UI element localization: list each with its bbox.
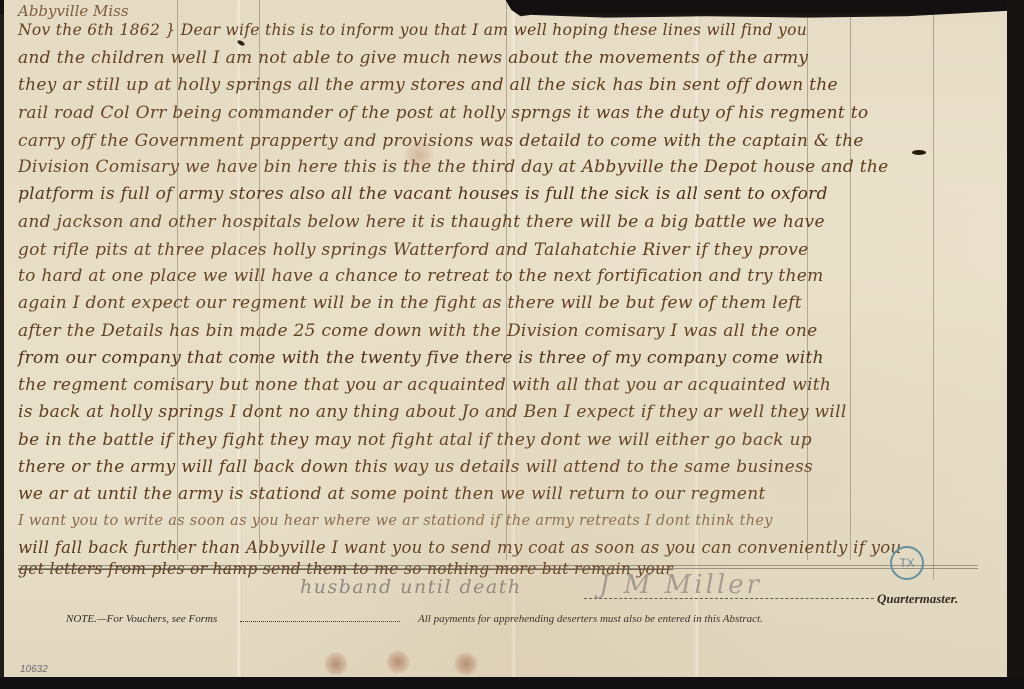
letter-line: to hard at one place we will have a chan… [18, 266, 824, 286]
water-stain [404, 140, 434, 170]
scan-frame-right [1007, 0, 1024, 689]
letter-line: is back at holly springs I dont no any t… [18, 402, 847, 422]
letter-line: will fall back further than Abbyville I … [18, 538, 901, 557]
letter-line: and jackson and other hospitals below he… [18, 212, 825, 232]
catalog-number: 10632 [20, 664, 48, 675]
letter-line: and the children well I am not able to g… [18, 48, 808, 68]
tx-stamp-icon: TX [890, 546, 924, 580]
letter-line: again I dont expect our regment will be … [18, 293, 802, 313]
rust-stain [324, 652, 348, 676]
rust-stain [454, 652, 478, 676]
letter-line: there or the army will fall back down th… [18, 457, 813, 477]
letter-line: Nov the 6th 1862 } Dear wife this is to … [18, 21, 807, 39]
signature: J M Miller [599, 570, 762, 600]
letter-line: they ar still up at holly springs all th… [18, 75, 838, 95]
rust-stain [386, 650, 410, 674]
letter-line: got rifle pits at three places holly spr… [18, 240, 808, 260]
ink-blot [912, 150, 926, 155]
form-note-vouchers: NOTE.—For Vouchers, see Forms [66, 613, 217, 625]
dotted-leader [240, 621, 400, 622]
letter-line: after the Details has bin made 25 come d… [18, 321, 817, 341]
letter-line: I want you to write as soon as you hear … [18, 513, 773, 529]
ruled-column-line [850, 0, 851, 560]
letter-closing: husband until death [300, 576, 522, 598]
letter-line: Division Comisary we have bin here this … [18, 157, 888, 177]
letter-paper: Abbyville Miss Nov the 6th 1862 } Dear w… [4, 0, 1007, 677]
letter-line: carry off the Government prapperty and p… [18, 131, 864, 151]
letter-line: the regment comisary but none that you a… [18, 375, 831, 395]
letter-line: we ar at until the army is stationd at s… [18, 484, 766, 504]
scan-frame-left [0, 0, 4, 689]
form-quartermaster-label: Quartermaster. [877, 591, 958, 607]
letter-line: be in the battle if they fight they may … [18, 430, 812, 450]
scan-frame-bottom [0, 677, 1024, 689]
letter-line: platform is full of army stores also all… [18, 184, 828, 204]
form-note-payments: All payments for apprehending deserters … [418, 613, 763, 625]
letter-line: rail road Col Orr being commander of the… [18, 103, 868, 123]
ruled-column-line [933, 0, 934, 580]
letter-place: Abbyville Miss [18, 2, 129, 20]
letter-line: from our company that come with the twen… [18, 348, 824, 368]
